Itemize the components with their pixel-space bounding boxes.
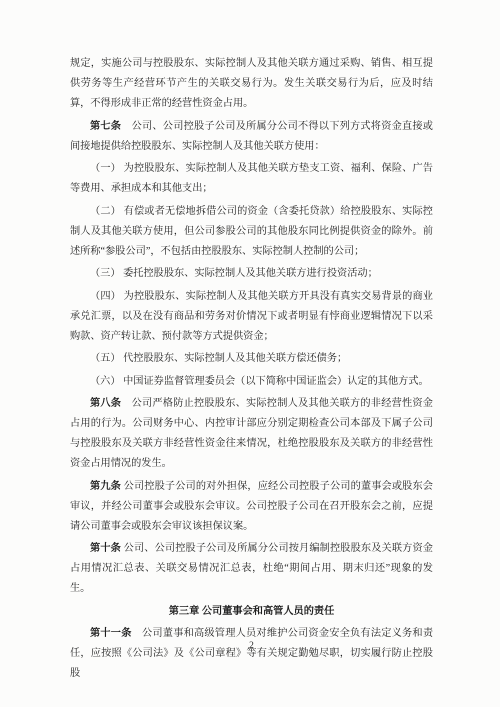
- text-run: （一） 为控股股东、实际控制人及其他关联方垫支工资、福利、保险、广告等费用、承担…: [70, 163, 433, 194]
- text-run: （五） 代控股股东、实际控制人及其他关联方偿还债务；: [90, 353, 347, 364]
- paragraph: 规定，实施公司与控股股东、实际控制人及其他关联方通过采购、销售、相互提供劳务等生…: [70, 54, 433, 114]
- paragraph: 第九条 公司控股子公司的对外担保，应经公司控股子公司的董事会或股东会审议，并经公…: [70, 477, 433, 537]
- page-number: 2: [70, 641, 433, 651]
- paragraph: 第十条 公司、公司控股子公司及所属分公司按月编制控股股东及关联方资金占用情况汇总…: [70, 539, 433, 599]
- text-run: 公司、公司控股子公司及所属分公司按月编制控股股东及关联方资金占用情况汇总表、关联…: [70, 543, 433, 594]
- paragraph: （二） 有偿或者无偿地拆借公司的资金（含委托贷款）给控股股东、实际控制人及其他关…: [70, 202, 433, 262]
- article-label-bold-run: 第八条: [90, 398, 121, 409]
- text-run: 规定，实施公司与控股股东、实际控制人及其他关联方通过采购、销售、相互提供劳务等生…: [70, 58, 433, 109]
- article-label-bold-run: 第七条: [90, 121, 121, 132]
- paragraph: （一） 为控股股东、实际控制人及其他关联方垫支工资、福利、保险、广告等费用、承担…: [70, 159, 433, 199]
- article-label-bold-run: 第十条: [90, 543, 121, 554]
- text-run: （四） 为控股股东、实际控制人及其他关联方开具没有真实交易背景的商业承兑汇票，以…: [70, 291, 433, 342]
- chapter-heading: 第三章 公司董事会和高管人员的责任: [70, 602, 433, 622]
- paragraph: 第七条 公司、公司控股子公司及所属分公司不得以下列方式将资金直接或间接地提供给控…: [70, 117, 433, 157]
- text-run: 公司、公司控股子公司及所属分公司不得以下列方式将资金直接或间接地提供给控股股东、…: [70, 121, 433, 152]
- document-body: 规定，实施公司与控股股东、实际控制人及其他关联方通过采购、销售、相互提供劳务等生…: [70, 54, 433, 687]
- text-run: （二） 有偿或者无偿地拆借公司的资金（含委托贷款）给控股股东、实际控制人及其他关…: [70, 206, 433, 257]
- article-label-bold-run: 第三章 公司董事会和高管人员的责任: [169, 606, 335, 617]
- paragraph: 第十一条 公司董事和高级管理人员对维护公司资金安全负有法定义务和责任，应按照《公…: [70, 624, 433, 684]
- text-run: 公司控股子公司的对外担保，应经公司控股子公司的董事会或股东会审议，并经公司董事会…: [70, 481, 433, 532]
- paragraph: （六） 中国证券监督管理委员会（以下简称中国证监会）认定的其他方式。: [70, 372, 433, 392]
- article-label-bold-run: 第十一条: [90, 628, 132, 639]
- text-run: 公司严格防止控股股东、实际控制人及其他关联方的非经营性资金占用的行为。公司财务中…: [70, 398, 433, 469]
- paragraph: （四） 为控股股东、实际控制人及其他关联方开具没有真实交易背景的商业承兑汇票，以…: [70, 287, 433, 347]
- paragraph: （三） 委托控股股东、实际控制人及其他关联方进行投资活动；: [70, 264, 433, 284]
- article-label-bold-run: 第九条: [90, 481, 121, 492]
- paragraph: 第八条 公司严格防止控股股东、实际控制人及其他关联方的非经营性资金占用的行为。公…: [70, 394, 433, 474]
- paragraph: （五） 代控股股东、实际控制人及其他关联方偿还债务；: [70, 349, 433, 369]
- text-run: （六） 中国证券监督管理委员会（以下简称中国证监会）认定的其他方式。: [90, 376, 429, 387]
- document-page: 规定，实施公司与控股股东、实际控制人及其他关联方通过采购、销售、相互提供劳务等生…: [0, 0, 500, 707]
- text-run: （三） 委托控股股东、实际控制人及其他关联方进行投资活动；: [90, 268, 378, 279]
